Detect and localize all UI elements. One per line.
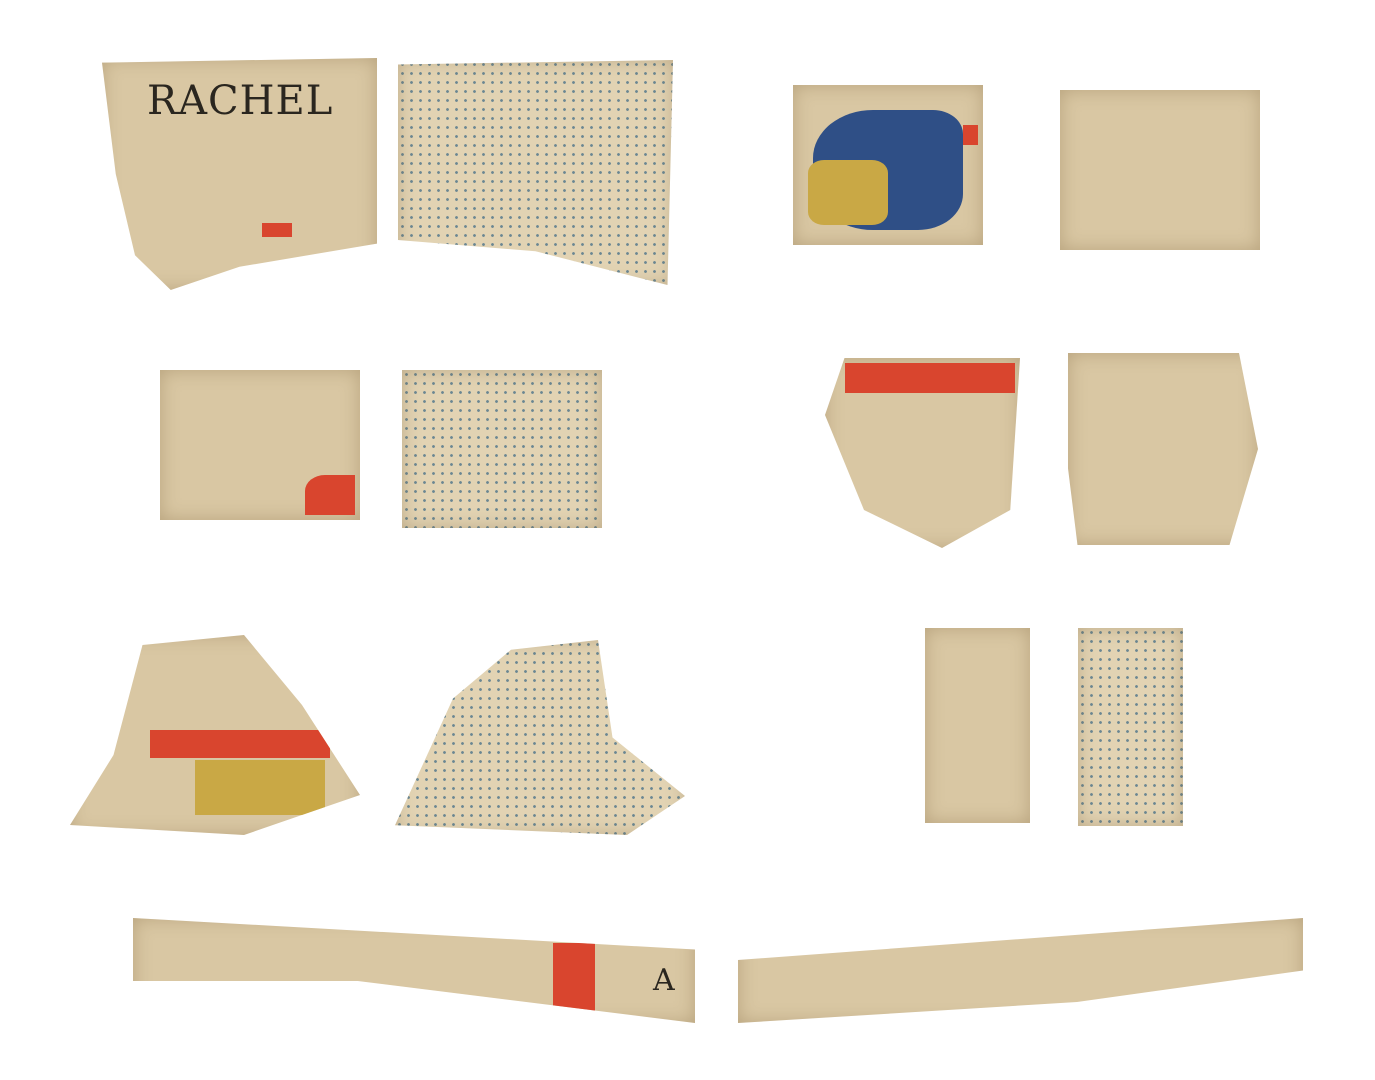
strip-inscription: A — [653, 963, 676, 998]
rachel-inscription: RACHEL — [147, 78, 333, 124]
fragment-strip-front: A — [133, 918, 695, 1023]
fragment-tree-front — [160, 370, 360, 520]
fragment-narrow-back — [1078, 628, 1183, 826]
red-paint — [963, 125, 978, 145]
fragment-tree-back — [402, 370, 602, 528]
fragment-rachel-back — [398, 60, 673, 285]
fragment-narrow-front — [925, 628, 1030, 823]
fragment-basket-front — [70, 635, 360, 835]
basket-yellow — [195, 760, 325, 815]
red-paint — [305, 475, 355, 515]
fragment-blue-front — [793, 85, 983, 245]
fragment-strip-back — [738, 918, 1303, 1023]
fragment-basket-back — [395, 640, 685, 835]
fragment-face-back — [1068, 353, 1258, 545]
fragment-pink-back — [1060, 90, 1260, 250]
headband-red — [845, 363, 1015, 393]
fragment-rachel-front: RACHEL — [102, 58, 377, 290]
band-red — [150, 730, 330, 758]
fragment-face-front — [825, 358, 1020, 548]
strip-red — [553, 943, 595, 1023]
flower-red-accent — [262, 223, 292, 237]
yellow-paint — [808, 160, 888, 225]
